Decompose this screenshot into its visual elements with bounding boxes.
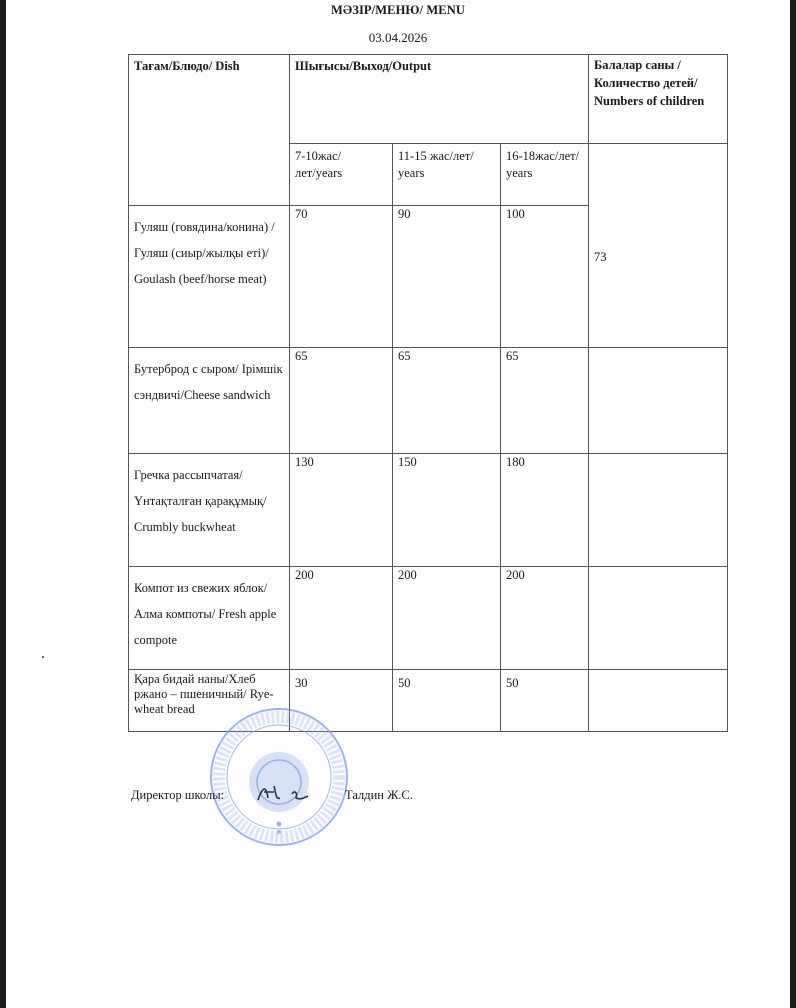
dish-name: Гуляш (говядина/конина) / Гуляш (сиыр/жы…	[129, 206, 290, 348]
director-label: Директор школы:	[131, 788, 224, 803]
output-16-18: 65	[501, 348, 589, 454]
document-date: 03.04.2026	[0, 30, 796, 46]
children-empty-cell	[589, 454, 728, 567]
children-count: 73	[594, 250, 722, 265]
school-stamp-icon	[208, 706, 350, 848]
header-age-11-15: 11-15 жас/лет/ years	[393, 144, 501, 206]
header-children: Балалар саны /Количество детей/ Numbers …	[589, 55, 728, 144]
output-11-15: 50	[393, 670, 501, 732]
table-row: Гречка рассыпчатая/ Үнтақталған қарақұмы…	[129, 454, 728, 567]
children-empty-cell	[589, 348, 728, 454]
output-7-10: 200	[290, 567, 393, 670]
output-7-10: 130	[290, 454, 393, 567]
director-name: Талдин Ж.С.	[345, 788, 413, 803]
header-age-16-18: 16-18жас/лет/ years	[501, 144, 589, 206]
dish-name: Компот из свежих яблок/ Алма компоты/ Fr…	[129, 567, 290, 670]
menu-table: Тағам/Блюдо/ Dish Шығысы/Выход/Output Ба…	[128, 54, 728, 732]
output-16-18: 180	[501, 454, 589, 567]
children-empty-cell	[589, 567, 728, 670]
output-16-18: 200	[501, 567, 589, 670]
scan-speck	[42, 656, 44, 658]
output-16-18: 50	[501, 670, 589, 732]
output-11-15: 65	[393, 348, 501, 454]
dish-name: Бутерброд с сыром/ Ірімшік сэндвичі/Chee…	[129, 348, 290, 454]
output-7-10: 70	[290, 206, 393, 348]
header-row: Тағам/Блюдо/ Dish Шығысы/Выход/Output Ба…	[129, 55, 728, 144]
document-title: МӘЗІР/МЕНЮ/ MENU	[0, 3, 796, 18]
output-11-15: 150	[393, 454, 501, 567]
children-empty-cell	[589, 670, 728, 732]
dish-name: Гречка рассыпчатая/ Үнтақталған қарақұмы…	[129, 454, 290, 567]
output-11-15: 90	[393, 206, 501, 348]
children-count-cell: 73	[589, 144, 728, 348]
output-16-18: 100	[501, 206, 589, 348]
signature-icon	[254, 778, 314, 808]
output-7-10: 65	[290, 348, 393, 454]
header-dish: Тағам/Блюдо/ Dish	[129, 55, 290, 206]
header-output: Шығысы/Выход/Output	[290, 55, 589, 144]
output-11-15: 200	[393, 567, 501, 670]
table-row: Компот из свежих яблок/ Алма компоты/ Fr…	[129, 567, 728, 670]
header-age-7-10: 7-10жас/лет/years	[290, 144, 393, 206]
table-row: Бутерброд с сыром/ Ірімшік сэндвичі/Chee…	[129, 348, 728, 454]
